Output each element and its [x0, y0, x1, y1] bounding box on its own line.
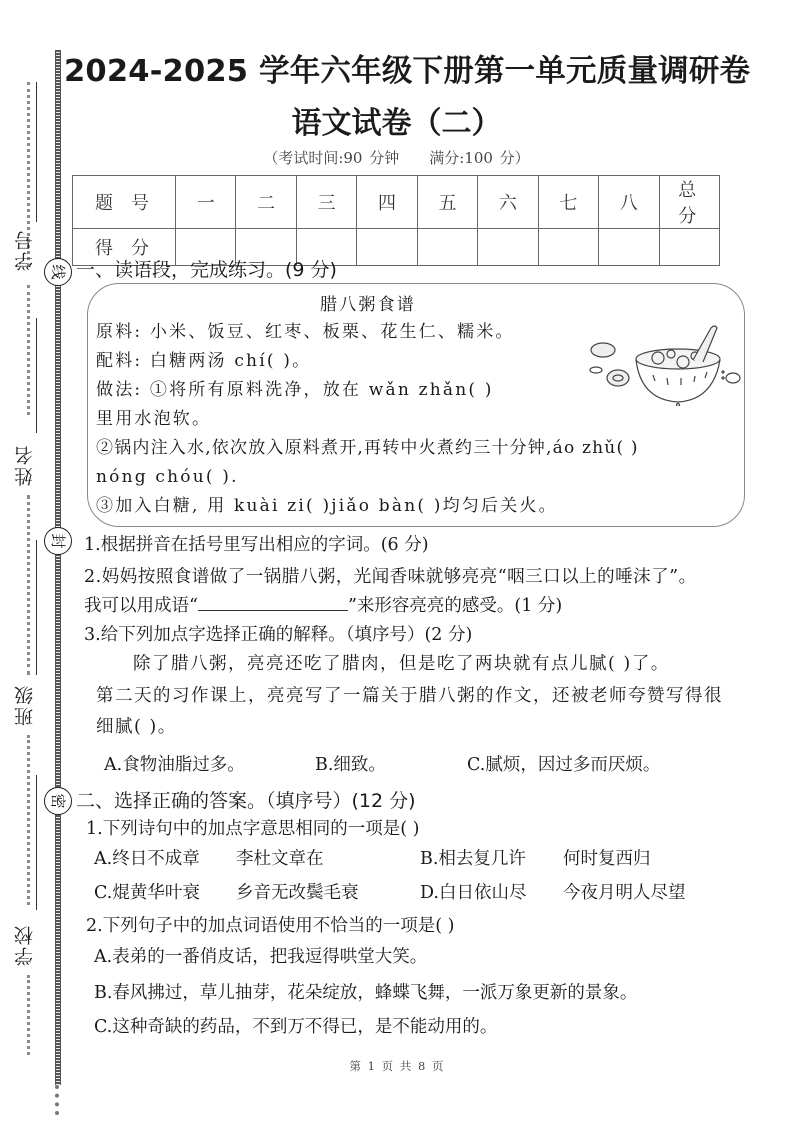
- exam-time: （考试时间:90 分钟: [263, 149, 399, 167]
- seal-xian: 线: [44, 258, 72, 286]
- s2-q2-option-c: C.这种奇缺的药品，不到万不得已，是不能动用的。: [94, 1014, 497, 1040]
- q3-passage-line: 细腻( )。: [96, 714, 177, 740]
- label-student-id: 学号: [14, 225, 36, 275]
- recipe-line: 配料: 白糖两汤 chí( )。: [96, 348, 311, 374]
- s2-question-1: 1.下列诗句中的加点字意思相同的一项是( ): [86, 816, 419, 842]
- score-cell-total[interactable]: [659, 229, 720, 266]
- row-label-question-no: 题号: [73, 176, 176, 229]
- q3-passage-line: 除了腊八粥，亮亮还吃了腊肉，但是吃了两块就有点儿腻( )了。: [133, 651, 670, 677]
- recipe-line: 里用水泡软。: [96, 406, 211, 432]
- score-cell[interactable]: [417, 229, 477, 266]
- section2-heading: 二、选择正确的答案。（填序号）(12 分): [76, 788, 416, 814]
- exam-title: 2024-2025 学年六年级下册第一单元质量调研卷: [64, 50, 744, 94]
- s2-q2-option-a: A.表弟的一番俏皮话，把我逗得哄堂大笑。: [94, 944, 427, 970]
- recipe-line: 做法: ①将所有原料洗净，放在 wǎn zhǎn( ): [96, 377, 494, 403]
- score-cell[interactable]: [538, 229, 598, 266]
- col-header: 五: [417, 176, 477, 229]
- q3-option-c: C.腻烦，因过多而厌烦。: [467, 752, 660, 778]
- s2-q1-option-d-left: D.白日依山尽: [420, 880, 526, 906]
- label-class: 班级: [14, 680, 36, 730]
- q2-prefix: 我可以用成语“: [84, 596, 198, 616]
- binding-rail: [55, 50, 61, 1085]
- binding-rail-end: [55, 1085, 59, 1115]
- recipe-title: 腊八粥食谱: [88, 292, 648, 318]
- page-number: 第 1 页 共 8 页: [0, 1058, 793, 1074]
- s2-q1-option-a-right: 李杜文章在: [236, 846, 324, 872]
- recipe-line: ②锅内注入水,依次放入原料煮开,再转中火煮约三十分钟,áo zhǔ( ): [96, 435, 639, 461]
- score-cell[interactable]: [478, 229, 538, 266]
- exam-subtitle: 语文试卷（二）: [0, 102, 793, 146]
- class-line[interactable]: [36, 540, 37, 675]
- score-table-header-row: 题号 一 二 三 四 五 六 七 八 总分: [73, 176, 720, 229]
- label-name: 姓名: [14, 440, 36, 490]
- label-school: 学校: [14, 920, 36, 970]
- col-header: 四: [357, 176, 417, 229]
- s1-question-3: 3.给下列加点字选择正确的解释。（填序号）(2 分): [84, 622, 472, 648]
- col-header: 二: [236, 176, 296, 229]
- porridge-bowl-illustration: [583, 320, 741, 406]
- dotted-guide: [27, 735, 30, 905]
- recipe-line: nóng chóu( ).: [96, 464, 239, 490]
- s2-q2-option-b: B.春风拂过，草儿抽芽，花朵绽放，蜂蝶飞舞，一派万象更新的景象。: [94, 980, 637, 1006]
- score-table: 题号 一 二 三 四 五 六 七 八 总分 得分: [72, 175, 720, 266]
- s2-q1-option-b-right: 何时复西归: [563, 846, 651, 872]
- seal-feng: 封: [44, 527, 72, 555]
- col-header: 三: [296, 176, 356, 229]
- s1-question-2-cont: 我可以用成语“”来形容亮亮的感受。(1 分): [84, 592, 562, 619]
- s1-question-1: 1.根据拼音在括号里写出相应的字词。(6 分): [84, 532, 429, 558]
- name-line[interactable]: [36, 318, 37, 433]
- s2-q1-option-b-left: B.相去复几许: [420, 846, 526, 872]
- q3-option-a: A.食物油脂过多。: [104, 752, 245, 778]
- s2-q1-option-a-left: A.终日不成章: [94, 846, 200, 872]
- idiom-answer-blank[interactable]: [198, 592, 348, 611]
- school-line[interactable]: [36, 775, 37, 910]
- score-cell[interactable]: [357, 229, 417, 266]
- q2-suffix: ”来形容亮亮的感受。(1 分): [348, 596, 562, 616]
- col-header-total: 总分: [659, 176, 720, 229]
- q3-option-b: B.细致。: [315, 752, 386, 778]
- recipe-line: ③加入白糖, 用 kuài zi( )jiǎo bàn( )均匀后关火。: [96, 493, 558, 519]
- col-header: 六: [478, 176, 538, 229]
- col-header: 七: [538, 176, 598, 229]
- s2-q1-option-d-right: 今夜月明人尽望: [563, 880, 686, 906]
- dotted-guide: [27, 975, 30, 1055]
- s2-q1-option-c-left: C.焜黄华叶衰: [94, 880, 200, 906]
- full-score: 满分:100 分）: [429, 149, 529, 167]
- section1-heading: 一、读语段，完成练习。(9 分): [76, 257, 337, 283]
- recipe-line: 原料: 小米、饭豆、红枣、板栗、花生仁、糯米。: [96, 319, 515, 345]
- exam-meta: （考试时间:90 分钟满分:100 分）: [0, 147, 793, 169]
- dotted-guide: [27, 495, 30, 675]
- score-cell[interactable]: [599, 229, 659, 266]
- s2-q1-option-c-right: 乡音无改鬓毛衰: [236, 880, 359, 906]
- s2-question-2: 2.下列句子中的加点词语使用不恰当的一项是( ): [86, 913, 454, 939]
- col-header: 一: [176, 176, 236, 229]
- seal-mi: 密: [44, 787, 72, 815]
- col-header: 八: [599, 176, 659, 229]
- q3-passage-line: 第二天的习作课上，亮亮写了一篇关于腊八粥的作文，还被老师夸赞写得很: [96, 683, 723, 709]
- s1-question-2: 2.妈妈按照食谱做了一锅腊八粥，光闻香味就够亮亮“咽三口以上的唾沫了”。: [84, 564, 697, 590]
- dotted-guide: [27, 285, 30, 415]
